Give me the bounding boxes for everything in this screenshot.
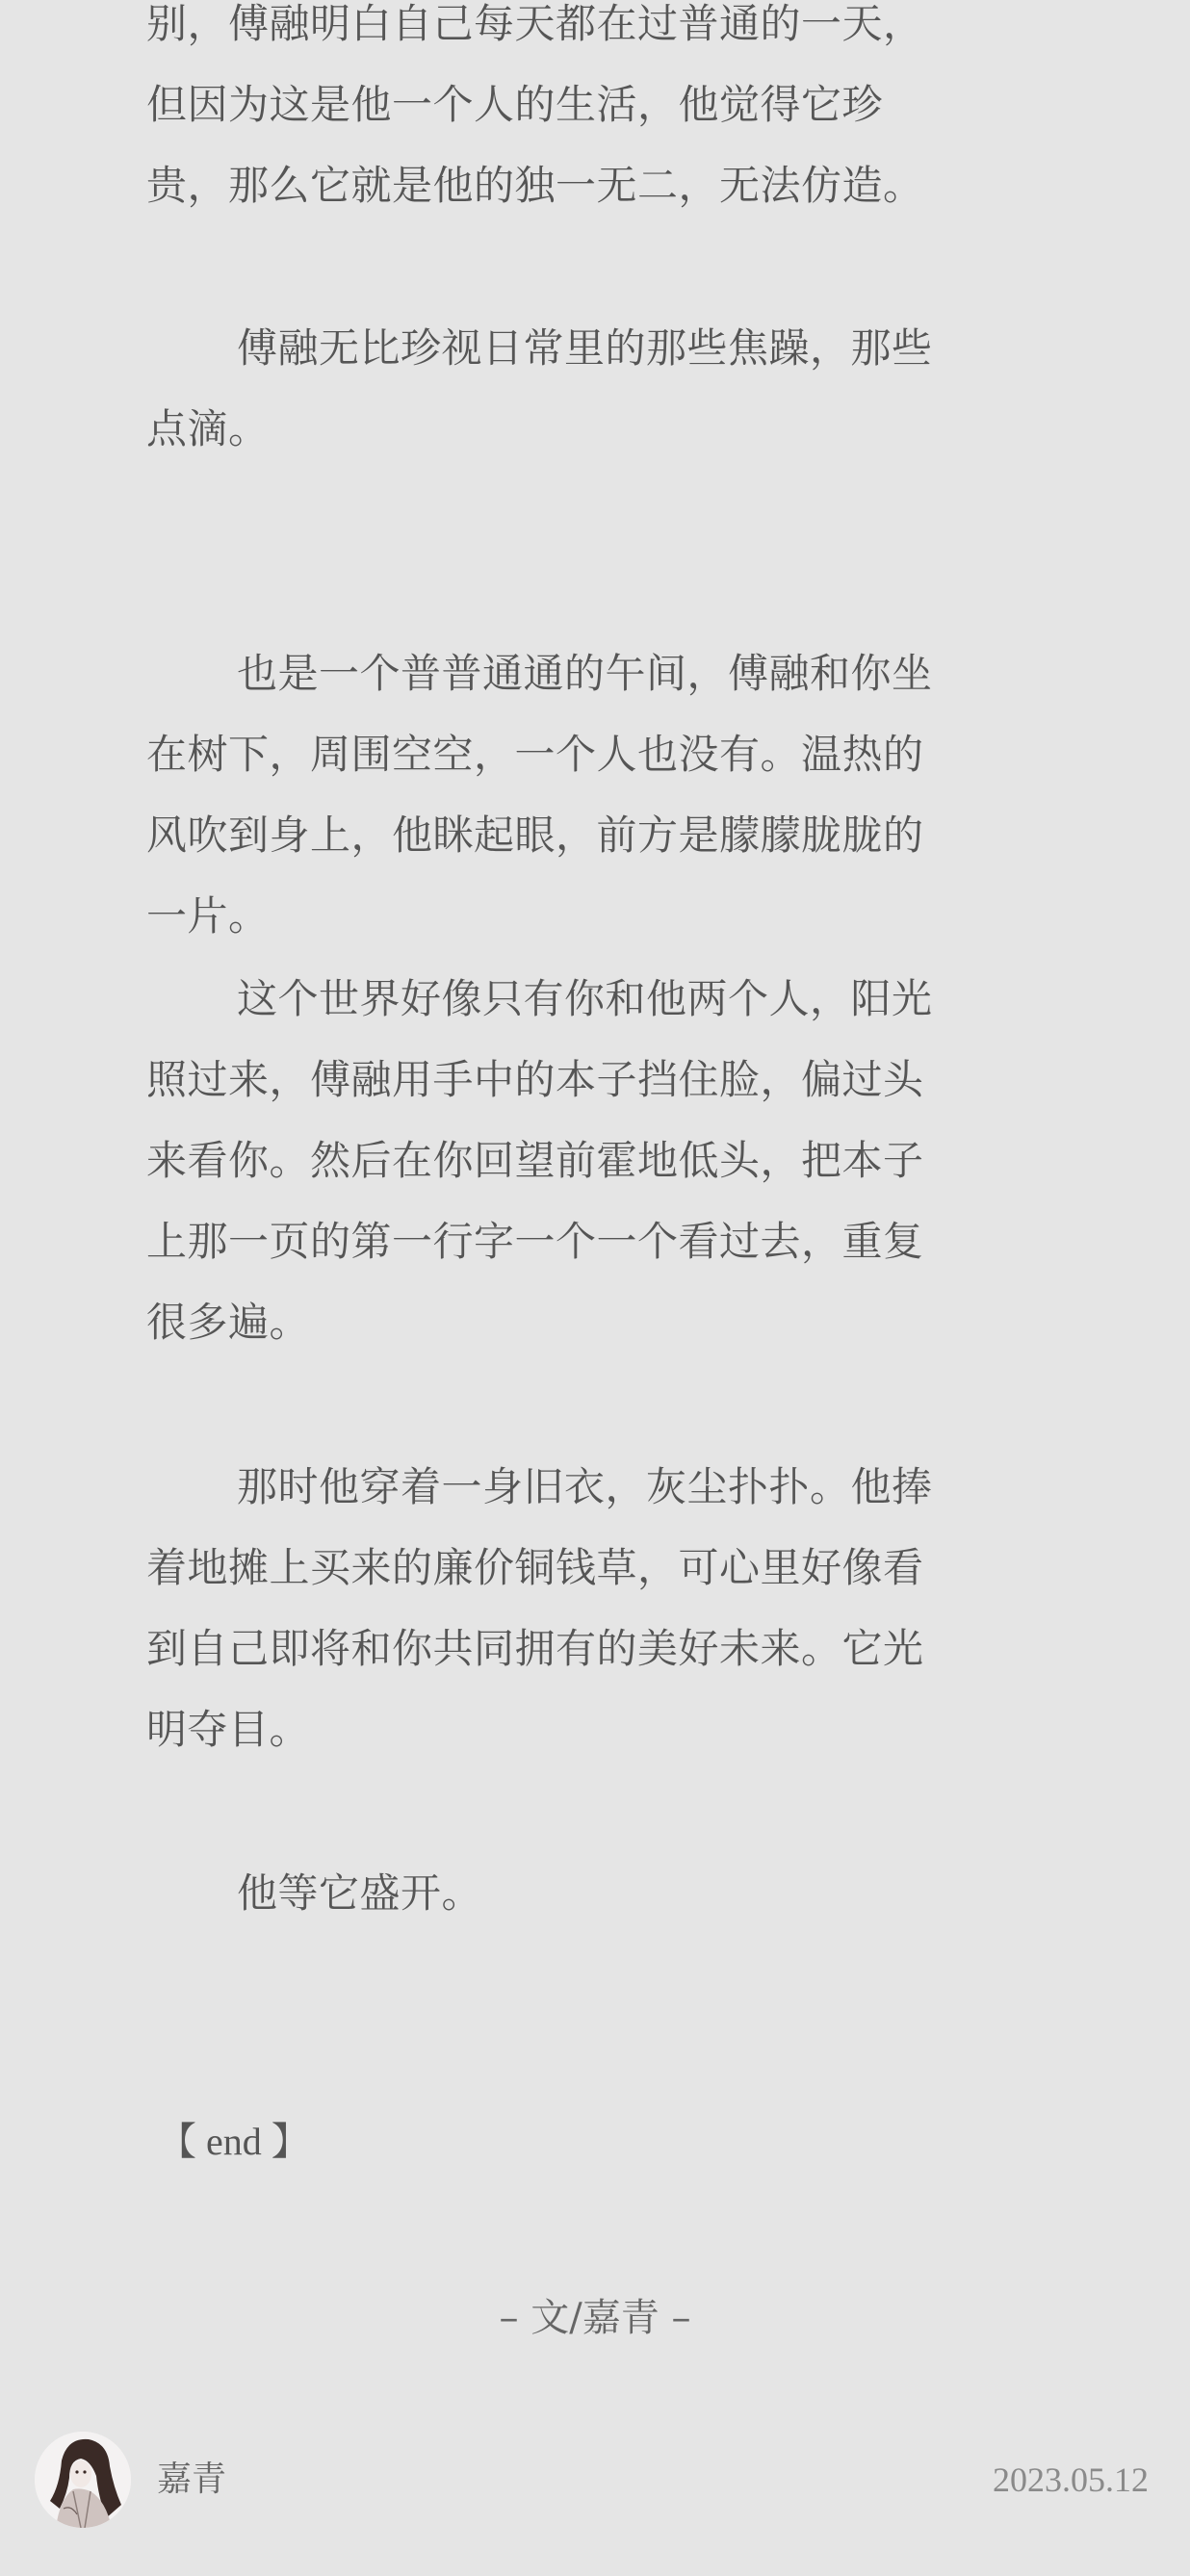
- paragraph-line: 但因为这是他一个人的生活，他觉得它珍: [146, 76, 883, 134]
- paragraph-line: 风吹到身上，他眯起眼，前方是朦朦胧胧的: [146, 807, 924, 864]
- paragraph-line: 到自己即将和你共同拥有的美好未来。它光: [146, 1620, 924, 1678]
- paragraph-line: 贵，那么它就是他的独一无二，无法仿造。: [146, 157, 924, 215]
- paragraph-line: 照过来，傅融用手中的本子挡住脸，偏过头: [146, 1051, 924, 1109]
- author-avatar[interactable]: [35, 2432, 131, 2528]
- post-date: 2023.05.12: [993, 2458, 1149, 2502]
- paragraph-line: 也是一个普普通通的午间，傅融和你坐: [237, 645, 933, 703]
- paragraph-line: 一片。: [146, 888, 270, 945]
- paragraph-line: 上那一页的第一行字一个一个看过去，重复: [146, 1213, 924, 1271]
- paragraph-line: 在树下，周围空空，一个人也没有。温热的: [146, 726, 924, 784]
- paragraph-line: 这个世界好像只有你和他两个人，阳光: [237, 970, 933, 1028]
- paragraph-line: 很多遍。: [146, 1294, 310, 1352]
- paragraph-line: 着地摊上买来的廉价铜钱草，可心里好像看: [146, 1539, 924, 1597]
- author-name[interactable]: 嘉青: [157, 2458, 226, 2502]
- paragraph-line: 明夺目。: [146, 1701, 310, 1759]
- author-signature: – 文/嘉青 –: [0, 2291, 1190, 2345]
- author-avatar-illustration-icon: [35, 2432, 131, 2528]
- paragraph-line: 来看你。然后在你回望前霍地低头，把本子: [146, 1132, 924, 1190]
- end-mark: 【 end 】: [158, 2113, 310, 2171]
- paragraph-line: 那时他穿着一身旧衣，灰尘扑扑。他捧: [237, 1458, 933, 1516]
- paragraph-line: 别，傅融明白自己每天都在过普通的一天，: [146, 0, 924, 53]
- paragraph-line: 傅融无比珍视日常里的那些焦躁，那些: [237, 320, 933, 377]
- paragraph-line: 点滴。: [146, 400, 270, 458]
- paragraph-line: 他等它盛开。: [237, 1865, 482, 1922]
